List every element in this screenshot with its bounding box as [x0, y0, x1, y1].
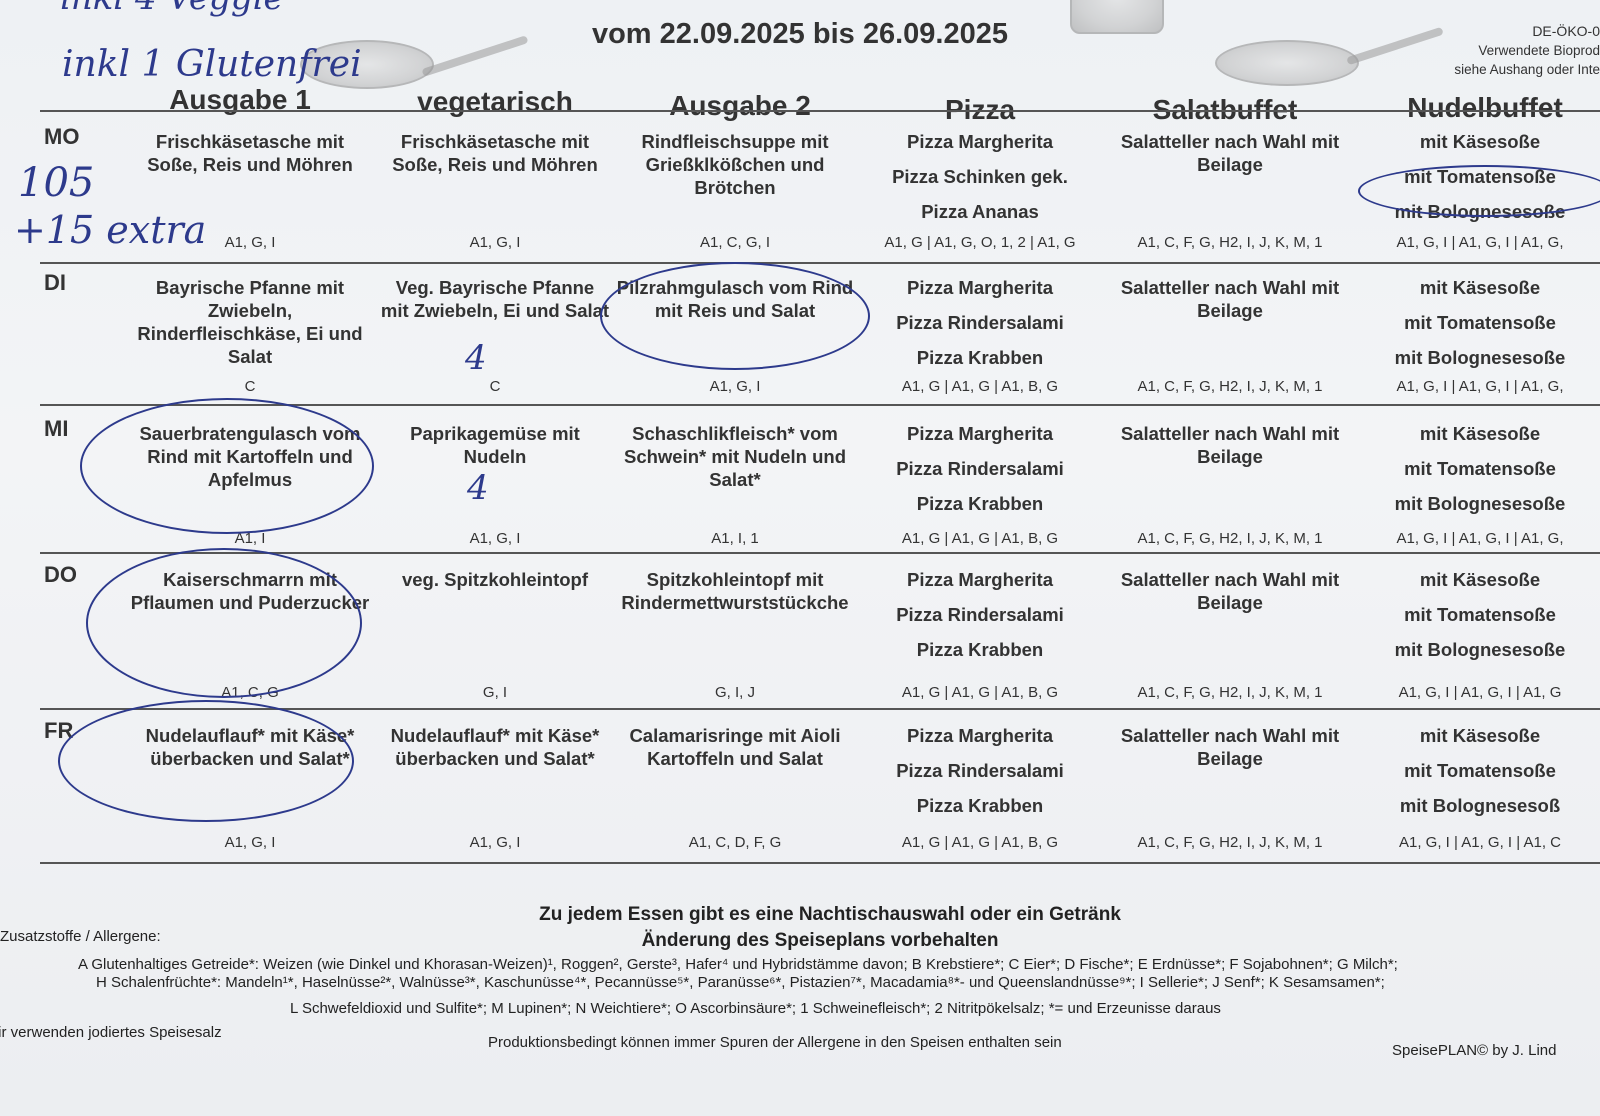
menu-cell-ausgabe2: Spitzkohleintopf mit Rindermettwurststüc… — [610, 568, 860, 614]
menu-option: mit Käsesoße — [1360, 422, 1600, 445]
menu-option: mit Käsesoße — [1360, 130, 1600, 153]
menu-cell-nudel: mit Käsesoßemit Tomatensoßemit Bolognese… — [1360, 724, 1600, 829]
day-label: DI — [44, 270, 66, 296]
salt-note: Wir verwenden jodiertes Speisesalz — [0, 1024, 222, 1041]
day-label: MO — [44, 124, 79, 150]
menu-option: mit Tomatensoße — [1360, 311, 1600, 334]
allergen-codes: A1, G, I | A1, G, I | A1, G, — [1360, 378, 1600, 395]
menu-cell-nudel: mit Käsesoßemit Tomatensoßemit Bolognese… — [1360, 568, 1600, 673]
allergen-codes: A1, G, I — [380, 834, 610, 851]
row-divider — [40, 110, 1600, 112]
menu-option: mit Bolognesesoße — [1360, 492, 1600, 515]
handwritten-veg-count-di: 4 — [465, 338, 487, 378]
menu-cell-pizza: Pizza MargheritaPizza Schinken gek.Pizza… — [870, 130, 1090, 235]
menu-cell-ausgabe1: Frischkäsetasche mit Soße, Reis und Möhr… — [130, 130, 370, 176]
allergen-codes: A1, C, F, G, H2, I, J, K, M, 1 — [1110, 530, 1350, 547]
allergen-codes: A1, C, F, G, H2, I, J, K, M, 1 — [1110, 378, 1350, 395]
allergen-codes: A1, G, I — [130, 834, 370, 851]
allergen-codes: A1, G, I — [380, 234, 610, 251]
legend-line-1: A Glutenhaltiges Getreide*: Weizen (wie … — [78, 956, 1398, 973]
menu-cell-ausgabe2: Calamarisringe mit Aioli Kartoffeln und … — [610, 724, 860, 770]
handwritten-note-glutenfree: inkl 1 Glutenfrei — [62, 44, 362, 85]
menu-option: mit Käsesoße — [1360, 724, 1600, 747]
menu-option: Pizza Rindersalami — [870, 759, 1090, 782]
allergen-codes: A1, C, D, F, G — [610, 834, 860, 851]
allergen-codes: A1, G | A1, G | A1, B, G — [870, 834, 1090, 851]
allergen-codes: G, I, J — [610, 684, 860, 701]
menu-option: mit Tomatensoße — [1360, 603, 1600, 626]
menu-option: Pizza Ananas — [870, 200, 1090, 223]
handwritten-circle-do-ausgabe1 — [86, 548, 362, 698]
allergen-codes: A1, C, F, G, H2, I, J, K, M, 1 — [1110, 234, 1350, 251]
handwritten-note-veggie: inkl 4 Veggie — [60, 0, 284, 18]
to-label: bis — [813, 18, 855, 50]
menu-option: mit Bolognesesoße — [1360, 346, 1600, 369]
menu-cell-vegetarisch: Nudelauflauf* mit Käse* überbacken und S… — [380, 724, 610, 770]
menu-option: Pizza Margherita — [870, 130, 1090, 153]
menu-option: Pizza Krabben — [870, 794, 1090, 817]
date-from: 22.09.2025 — [660, 18, 805, 50]
traces-note: Produktionsbedingt können immer Spuren d… — [488, 1034, 1062, 1051]
allergen-codes: A1, G | A1, G | A1, B, G — [870, 684, 1090, 701]
menu-option: mit Käsesoße — [1360, 568, 1600, 591]
legend-line-3: L Schwefeldioxid und Sulfite*; M Lupinen… — [290, 1000, 1221, 1017]
menu-cell-salat: Salatteller nach Wahl mit Beilage — [1110, 724, 1350, 770]
handwritten-circle-mo-nudel — [1358, 165, 1600, 217]
additives-label: Zusatzstoffe / Allergene: — [0, 928, 161, 945]
bio-line1: Verwendete Bioprod — [1454, 41, 1600, 60]
menu-cell-salat: Salatteller nach Wahl mit Beilage — [1110, 422, 1350, 468]
menu-option: Pizza Rindersalami — [870, 457, 1090, 480]
menu-option: mit Bolognesesoße — [1360, 638, 1600, 661]
menu-option: Pizza Schinken gek. — [870, 165, 1090, 188]
menu-option: Pizza Margherita — [870, 422, 1090, 445]
menu-option: Pizza Rindersalami — [870, 603, 1090, 626]
menu-option: Pizza Krabben — [870, 346, 1090, 369]
menu-option: Pizza Margherita — [870, 568, 1090, 591]
menu-cell-ausgabe2: Schaschlikfleisch* vom Schwein* mit Nude… — [610, 422, 860, 491]
allergen-codes: A1, G, I | A1, G, I | A1, G — [1360, 684, 1600, 701]
allergen-codes: A1, I, 1 — [610, 530, 860, 547]
allergen-codes: A1, C, F, G, H2, I, J, K, M, 1 — [1110, 684, 1350, 701]
allergen-codes: A1, G | A1, G, O, 1, 2 | A1, G — [870, 234, 1090, 251]
allergen-codes: A1, G, I | A1, G, I | A1, G, — [1360, 530, 1600, 547]
allergen-codes: C — [130, 378, 370, 395]
menu-cell-vegetarisch: Frischkäsetasche mit Soße, Reis und Möhr… — [380, 130, 610, 176]
handwritten-veg-count-mi: 4 — [467, 468, 489, 508]
allergen-codes: A1, G | A1, G | A1, B, G — [870, 378, 1090, 395]
allergen-codes: A1, C, F, G, H2, I, J, K, M, 1 — [1110, 834, 1350, 851]
allergen-codes: A1, G, I | A1, G, I | A1, G, — [1360, 234, 1600, 251]
menu-cell-nudel: mit Käsesoßemit Tomatensoßemit Bolognese… — [1360, 276, 1600, 381]
menu-cell-pizza: Pizza MargheritaPizza RindersalamiPizza … — [870, 724, 1090, 829]
menu-option: mit Bolognesesoß — [1360, 794, 1600, 817]
handwritten-circle-di-ausgabe2 — [600, 262, 870, 370]
handwritten-count: 105 — [18, 160, 94, 206]
allergen-codes: A1, G, I — [380, 530, 610, 547]
credit: SpeisePLAN© by J. Lind — [1392, 1042, 1556, 1059]
allergen-codes: A1, G, I | A1, G, I | A1, C — [1360, 834, 1600, 851]
menu-option: mit Tomatensoße — [1360, 759, 1600, 782]
column-header-ausgabe2: Ausgabe 2 — [640, 90, 840, 122]
menu-option: Pizza Margherita — [870, 724, 1090, 747]
day-label: MI — [44, 416, 68, 442]
menu-cell-ausgabe2: Rindfleischsuppe mit Grießklkößchen und … — [610, 130, 860, 199]
bio-code: DE-ÖKO-0 — [1454, 22, 1600, 41]
menu-cell-ausgabe1: Bayrische Pfanne mit Zwiebeln, Rinderfle… — [130, 276, 370, 368]
menu-option: Pizza Rindersalami — [870, 311, 1090, 334]
legend-line-2: H Schalenfrüchte*: Mandeln¹*, Haselnüsse… — [96, 974, 1385, 991]
column-header-nudelbuffet: Nudelbuffet — [1370, 92, 1600, 124]
column-header-vegetarisch: vegetarisch — [390, 86, 600, 118]
dessert-note: Zu jedem Essen gibt es eine Nachtischaus… — [0, 904, 1600, 926]
day-label: DO — [44, 562, 77, 588]
menu-cell-pizza: Pizza MargheritaPizza RindersalamiPizza … — [870, 568, 1090, 673]
allergen-codes: A1, C, G, I — [610, 234, 860, 251]
menu-cell-vegetarisch: veg. Spitzkohleintopf — [380, 568, 610, 591]
menu-option: Pizza Krabben — [870, 638, 1090, 661]
row-divider — [40, 262, 1600, 264]
menu-option: Pizza Krabben — [870, 492, 1090, 515]
allergen-codes: A1, G | A1, G | A1, B, G — [870, 530, 1090, 547]
change-note: Änderung des Speiseplans vorbehalten — [0, 930, 1600, 952]
allergen-codes: C — [380, 378, 610, 395]
menu-cell-pizza: Pizza MargheritaPizza RindersalamiPizza … — [870, 422, 1090, 527]
menu-cell-vegetarisch: Paprikagemüse mit Nudeln — [380, 422, 610, 468]
menu-cell-vegetarisch: Veg. Bayrische Pfanne mit Zwiebeln, Ei u… — [380, 276, 610, 322]
allergen-codes: A1, G, I — [610, 378, 860, 395]
allergen-codes: G, I — [380, 684, 610, 701]
bio-line2: siehe Aushang oder Inte — [1454, 60, 1600, 79]
handwritten-circle-mi-ausgabe1 — [80, 398, 374, 534]
row-divider — [40, 862, 1600, 864]
menu-option: mit Käsesoße — [1360, 276, 1600, 299]
menu-cell-salat: Salatteller nach Wahl mit Beilage — [1110, 276, 1350, 322]
allergen-codes: A1, G, I — [130, 234, 370, 251]
bio-certification: DE-ÖKO-0 Verwendete Bioprod siehe Aushan… — [1454, 22, 1600, 79]
menu-cell-salat: Salatteller nach Wahl mit Beilage — [1110, 568, 1350, 614]
handwritten-circle-fr-ausgabe1 — [58, 700, 354, 822]
menu-option: mit Tomatensoße — [1360, 457, 1600, 480]
date-to: 26.09.2025 — [863, 18, 1008, 50]
menu-cell-pizza: Pizza MargheritaPizza RindersalamiPizza … — [870, 276, 1090, 381]
menu-cell-salat: Salatteller nach Wahl mit Beilage — [1110, 130, 1350, 176]
menu-option: Pizza Margherita — [870, 276, 1090, 299]
menu-cell-nudel: mit Käsesoßemit Tomatensoßemit Bolognese… — [1360, 422, 1600, 527]
from-label: vom — [592, 18, 652, 50]
